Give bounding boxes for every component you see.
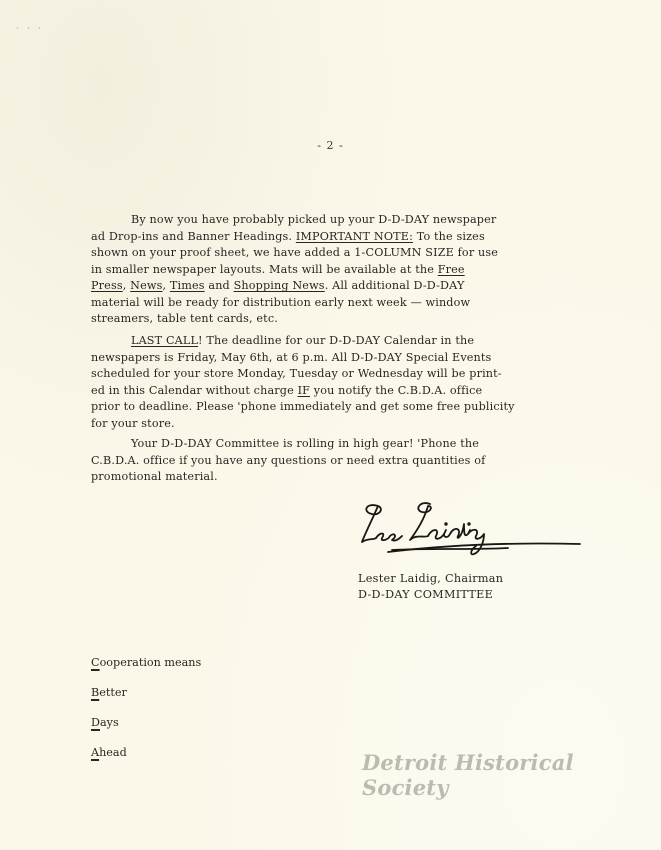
corner-mark: · · · bbox=[16, 24, 44, 33]
text-line: Your D-D-DAY Committee is rolling in hig… bbox=[91, 436, 571, 453]
motto-acrostic: Cooperation means Better Days Ahead bbox=[91, 648, 201, 768]
motto-line: Ahead bbox=[91, 738, 201, 768]
text-line: newspapers is Friday, May 6th, at 6 p.m.… bbox=[91, 350, 571, 367]
handwritten-signature bbox=[358, 498, 588, 560]
signer-committee: D-D-DAY COMMITTEE bbox=[358, 587, 503, 603]
page-number: - 2 - bbox=[0, 139, 661, 152]
text-line: promotional material. bbox=[91, 469, 571, 486]
signature-block: Lester Laidig, Chairman D-D-DAY COMMITTE… bbox=[358, 571, 503, 602]
text-line: for your store. bbox=[91, 416, 571, 433]
text-line: in smaller newspaper layouts. Mats will … bbox=[91, 262, 571, 279]
text-line: material will be ready for distribution … bbox=[91, 295, 571, 312]
watermark: Detroit Historical Society bbox=[362, 750, 661, 800]
text-line: ad Drop-ins and Banner Headings. IMPORTA… bbox=[91, 229, 571, 246]
motto-line: Cooperation means bbox=[91, 648, 201, 678]
text-line: Press, News, Times and Shopping News. Al… bbox=[91, 278, 571, 295]
motto-line: Days bbox=[91, 708, 201, 738]
text-line: C.B.D.A. office if you have any question… bbox=[91, 453, 571, 470]
newspaper-free-press-cont: Press bbox=[91, 279, 123, 292]
newspaper-shopping-news: Shopping News bbox=[234, 279, 325, 292]
text-line: shown on your proof sheet, we have added… bbox=[91, 245, 571, 262]
text-line: scheduled for your store Monday, Tuesday… bbox=[91, 366, 571, 383]
signer-name: Lester Laidig, Chairman bbox=[358, 571, 503, 587]
paragraph-drop-ins: By now you have probably picked up your … bbox=[91, 212, 571, 328]
signature-icon bbox=[358, 498, 588, 560]
text-line: By now you have probably picked up your … bbox=[91, 212, 571, 229]
newspaper-news: News bbox=[130, 279, 162, 292]
text-line: streamers, table tent cards, etc. bbox=[91, 311, 571, 328]
important-note-heading: IMPORTANT NOTE: bbox=[296, 230, 413, 243]
motto-line: Better bbox=[91, 678, 201, 708]
text-line: LAST CALL! The deadline for our D-D-DAY … bbox=[91, 333, 571, 350]
newspaper-times: Times bbox=[170, 279, 205, 292]
paragraph-committee: Your D-D-DAY Committee is rolling in hig… bbox=[91, 436, 571, 486]
newspaper-free-press: Free bbox=[438, 263, 465, 276]
paragraph-last-call: LAST CALL! The deadline for our D-D-DAY … bbox=[91, 333, 571, 432]
text-line: ed in this Calendar without charge IF yo… bbox=[91, 383, 571, 400]
last-call-heading: LAST CALL bbox=[131, 334, 198, 347]
text-line: prior to deadline. Please 'phone immedia… bbox=[91, 399, 571, 416]
if-emphasis: IF bbox=[298, 384, 310, 397]
